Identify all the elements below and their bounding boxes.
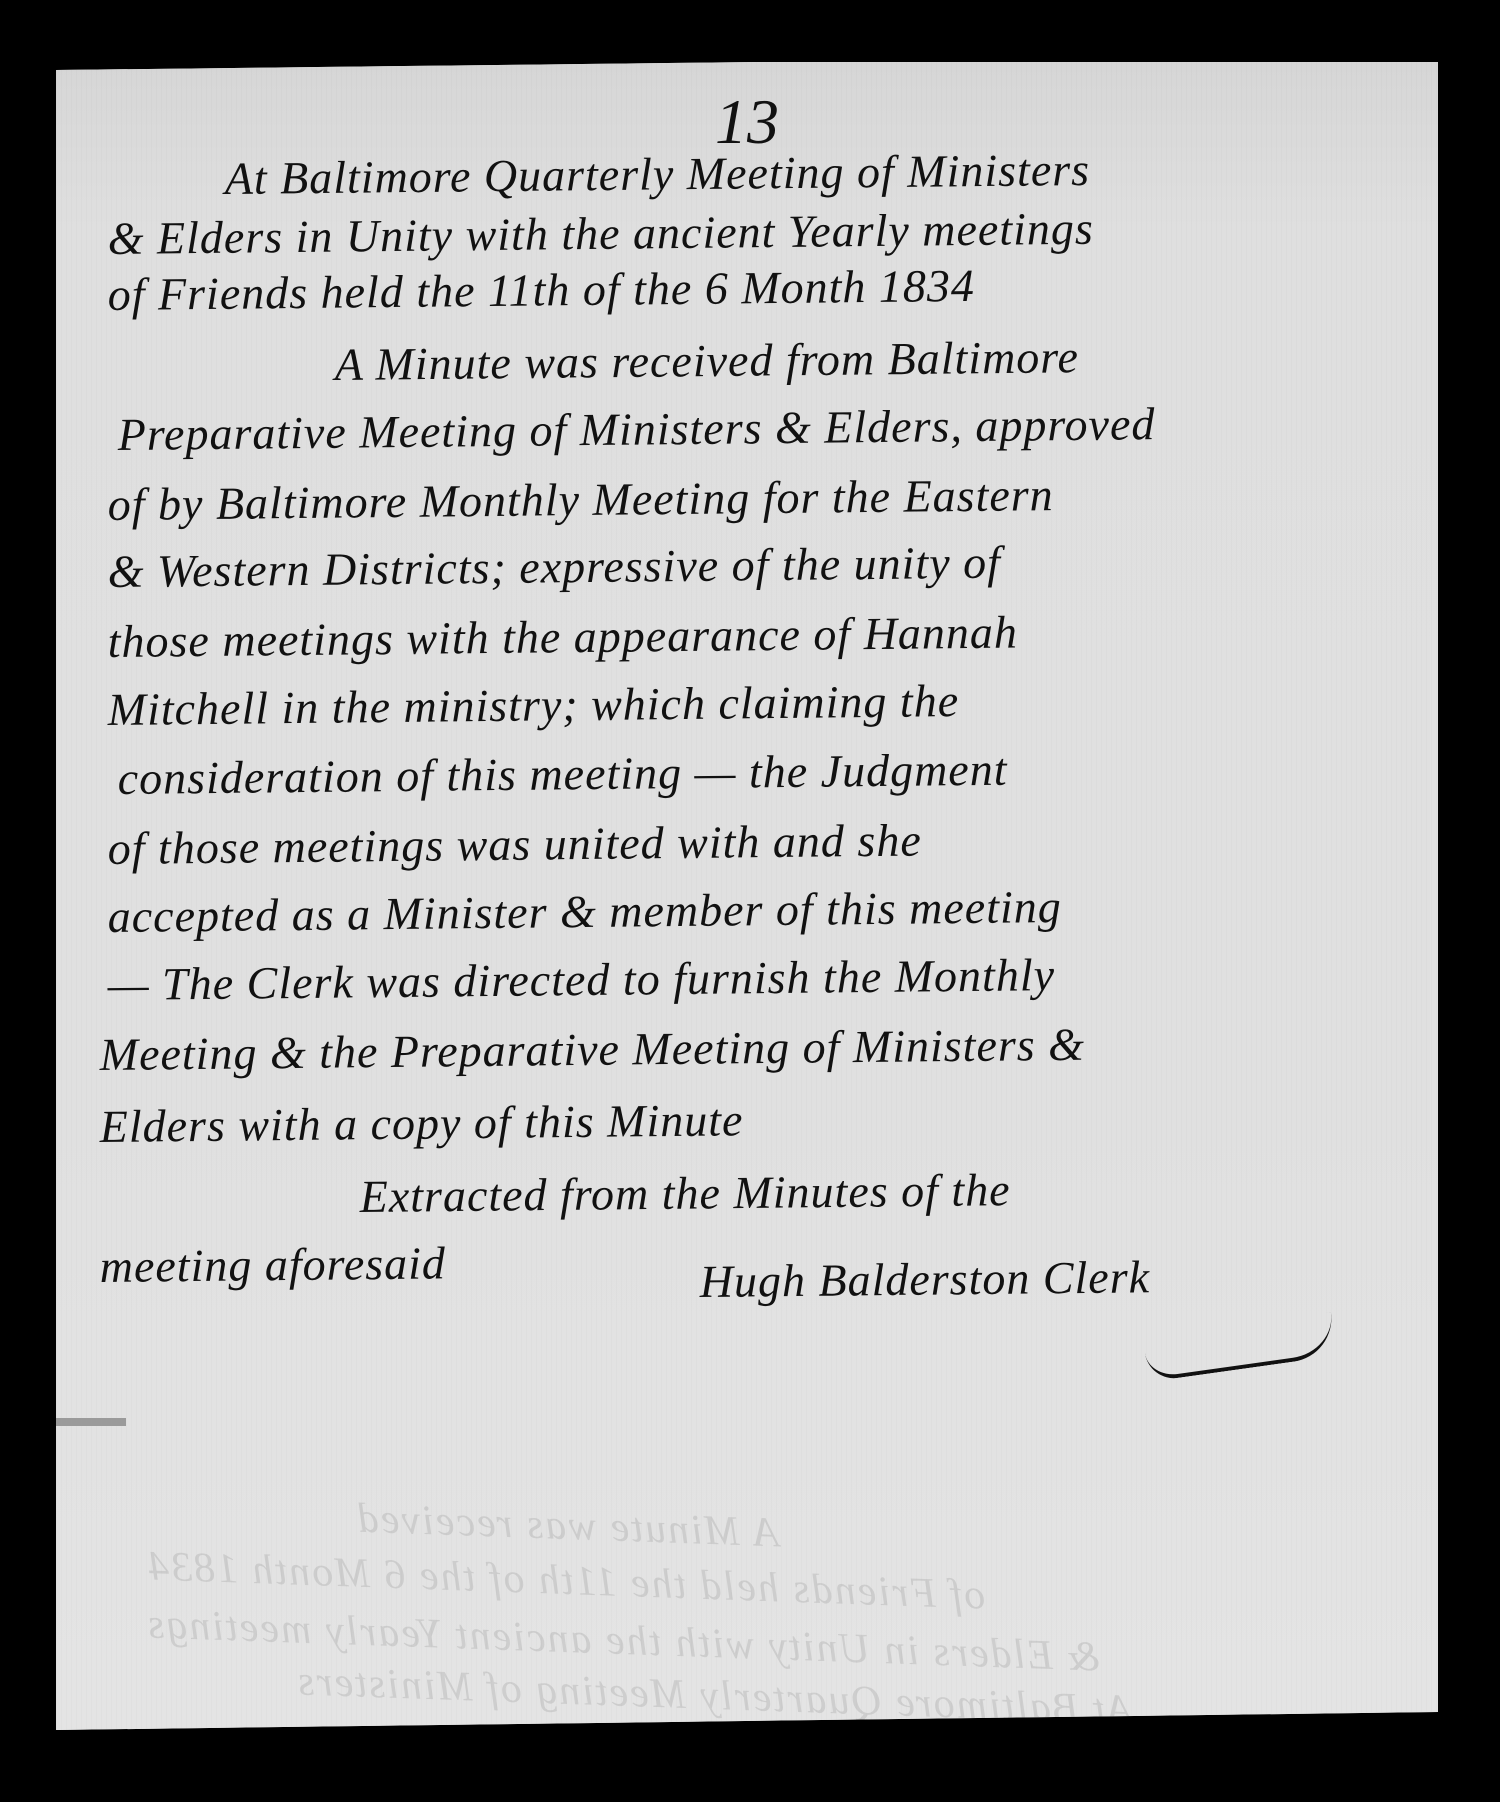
heading-line: & Elders in Unity with the ancient Yearl… (107, 202, 1094, 265)
heading-line: At Baltimore Quarterly Meeting of Minist… (224, 143, 1090, 205)
body-line: Mitchell in the ministry; which claiming… (107, 674, 959, 736)
body-line: accepted as a Minister & member of this … (107, 880, 1062, 943)
body-line: A Minute was received from Baltimore (334, 330, 1079, 391)
body-line: Elders with a copy of this Minute (99, 1093, 743, 1153)
body-line: of those meetings was united with and sh… (107, 813, 922, 875)
heading-line: of Friends held the 11th of the 6 Month … (107, 259, 975, 321)
body-line: — The Clerk was directed to furnish the … (107, 948, 1055, 1011)
closing-line: meeting aforesaid (99, 1236, 446, 1293)
paper-edge-mark (56, 1418, 126, 1426)
body-line: Preparative Meeting of Ministers & Elder… (117, 397, 1155, 461)
body-line: consideration of this meeting — the Judg… (117, 743, 1007, 805)
body-line: Meeting & the Preparative Meeting of Min… (99, 1018, 1085, 1081)
signature: Hugh Balderston Clerk (699, 1250, 1150, 1308)
body-line: & Western Districts; expressive of the u… (107, 536, 1001, 598)
body-line: of by Baltimore Monthly Meeting for the … (107, 468, 1053, 531)
bleed-through-text: A Minute was received (355, 1495, 780, 1558)
closing-line: Extracted from the Minutes of the (359, 1163, 1010, 1223)
body-line: those meetings with the appearance of Ha… (107, 605, 1018, 668)
